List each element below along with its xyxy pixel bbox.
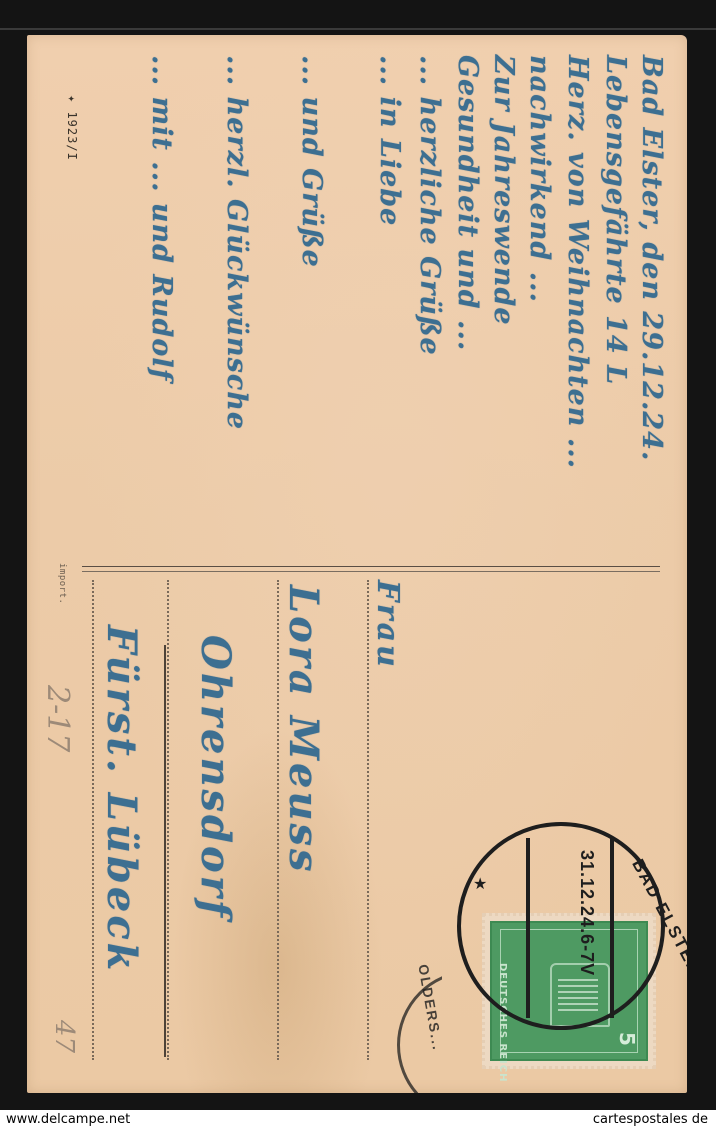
pencil-note: 2-17 [40, 685, 75, 752]
address-line [164, 645, 166, 1057]
address-city: Fürst. Lübeck [98, 625, 145, 973]
address-recipient: Lora Meuss [280, 585, 327, 875]
message-line: Zur Jahreswende [488, 55, 519, 326]
message-line: Bad Elster, den 29.12.24. [636, 55, 667, 461]
import-label: import. [57, 563, 67, 604]
address-line [367, 580, 369, 1060]
address-greeting: Frau [370, 580, 405, 670]
pencil-note: 47 [49, 1020, 79, 1053]
address-line [167, 580, 169, 1060]
message-line: ... und Grüße [296, 55, 327, 268]
watermark-brand: cartespostales de [593, 1112, 708, 1127]
watermark-footer: www.delcampe.net cartespostales de [0, 1110, 716, 1131]
message-line: Herz. von Weihnachten ... [562, 55, 593, 469]
postmark-bridge [526, 838, 614, 1018]
message-line: ... mit ... und Rudolf [146, 55, 177, 381]
publisher-mark: ✦ 1923/I [65, 95, 79, 161]
message-line: ... in Liebe [374, 55, 405, 226]
postcard: ✦ 1923/I import. Bad Elster, den 29.12.2… [27, 35, 687, 1093]
message-line: ... herzliche Grüße [414, 55, 445, 356]
address-line [92, 580, 94, 1060]
postmark-town: BAD ELSTER [627, 856, 687, 979]
message-line: nachwirkend ... [524, 55, 555, 303]
postmark: 31.12.24.6-7V BAD ELSTER ★ [457, 822, 665, 1030]
message-line: ... herzl. Glückwünsche [221, 55, 252, 430]
star-icon: ★ [473, 874, 487, 893]
postmark-date: 31.12.24.6-7V [576, 850, 597, 976]
address-street: Ohrensdorf [192, 635, 239, 920]
watermark-site: www.delcampe.net [6, 1112, 130, 1127]
message-line: Gesundheit und ... [452, 55, 483, 351]
address-line [277, 580, 279, 1060]
stamp-value: 5 [615, 1032, 639, 1046]
message-divider [82, 566, 660, 572]
message-line: Lebensgefährte 14 L [600, 55, 631, 385]
